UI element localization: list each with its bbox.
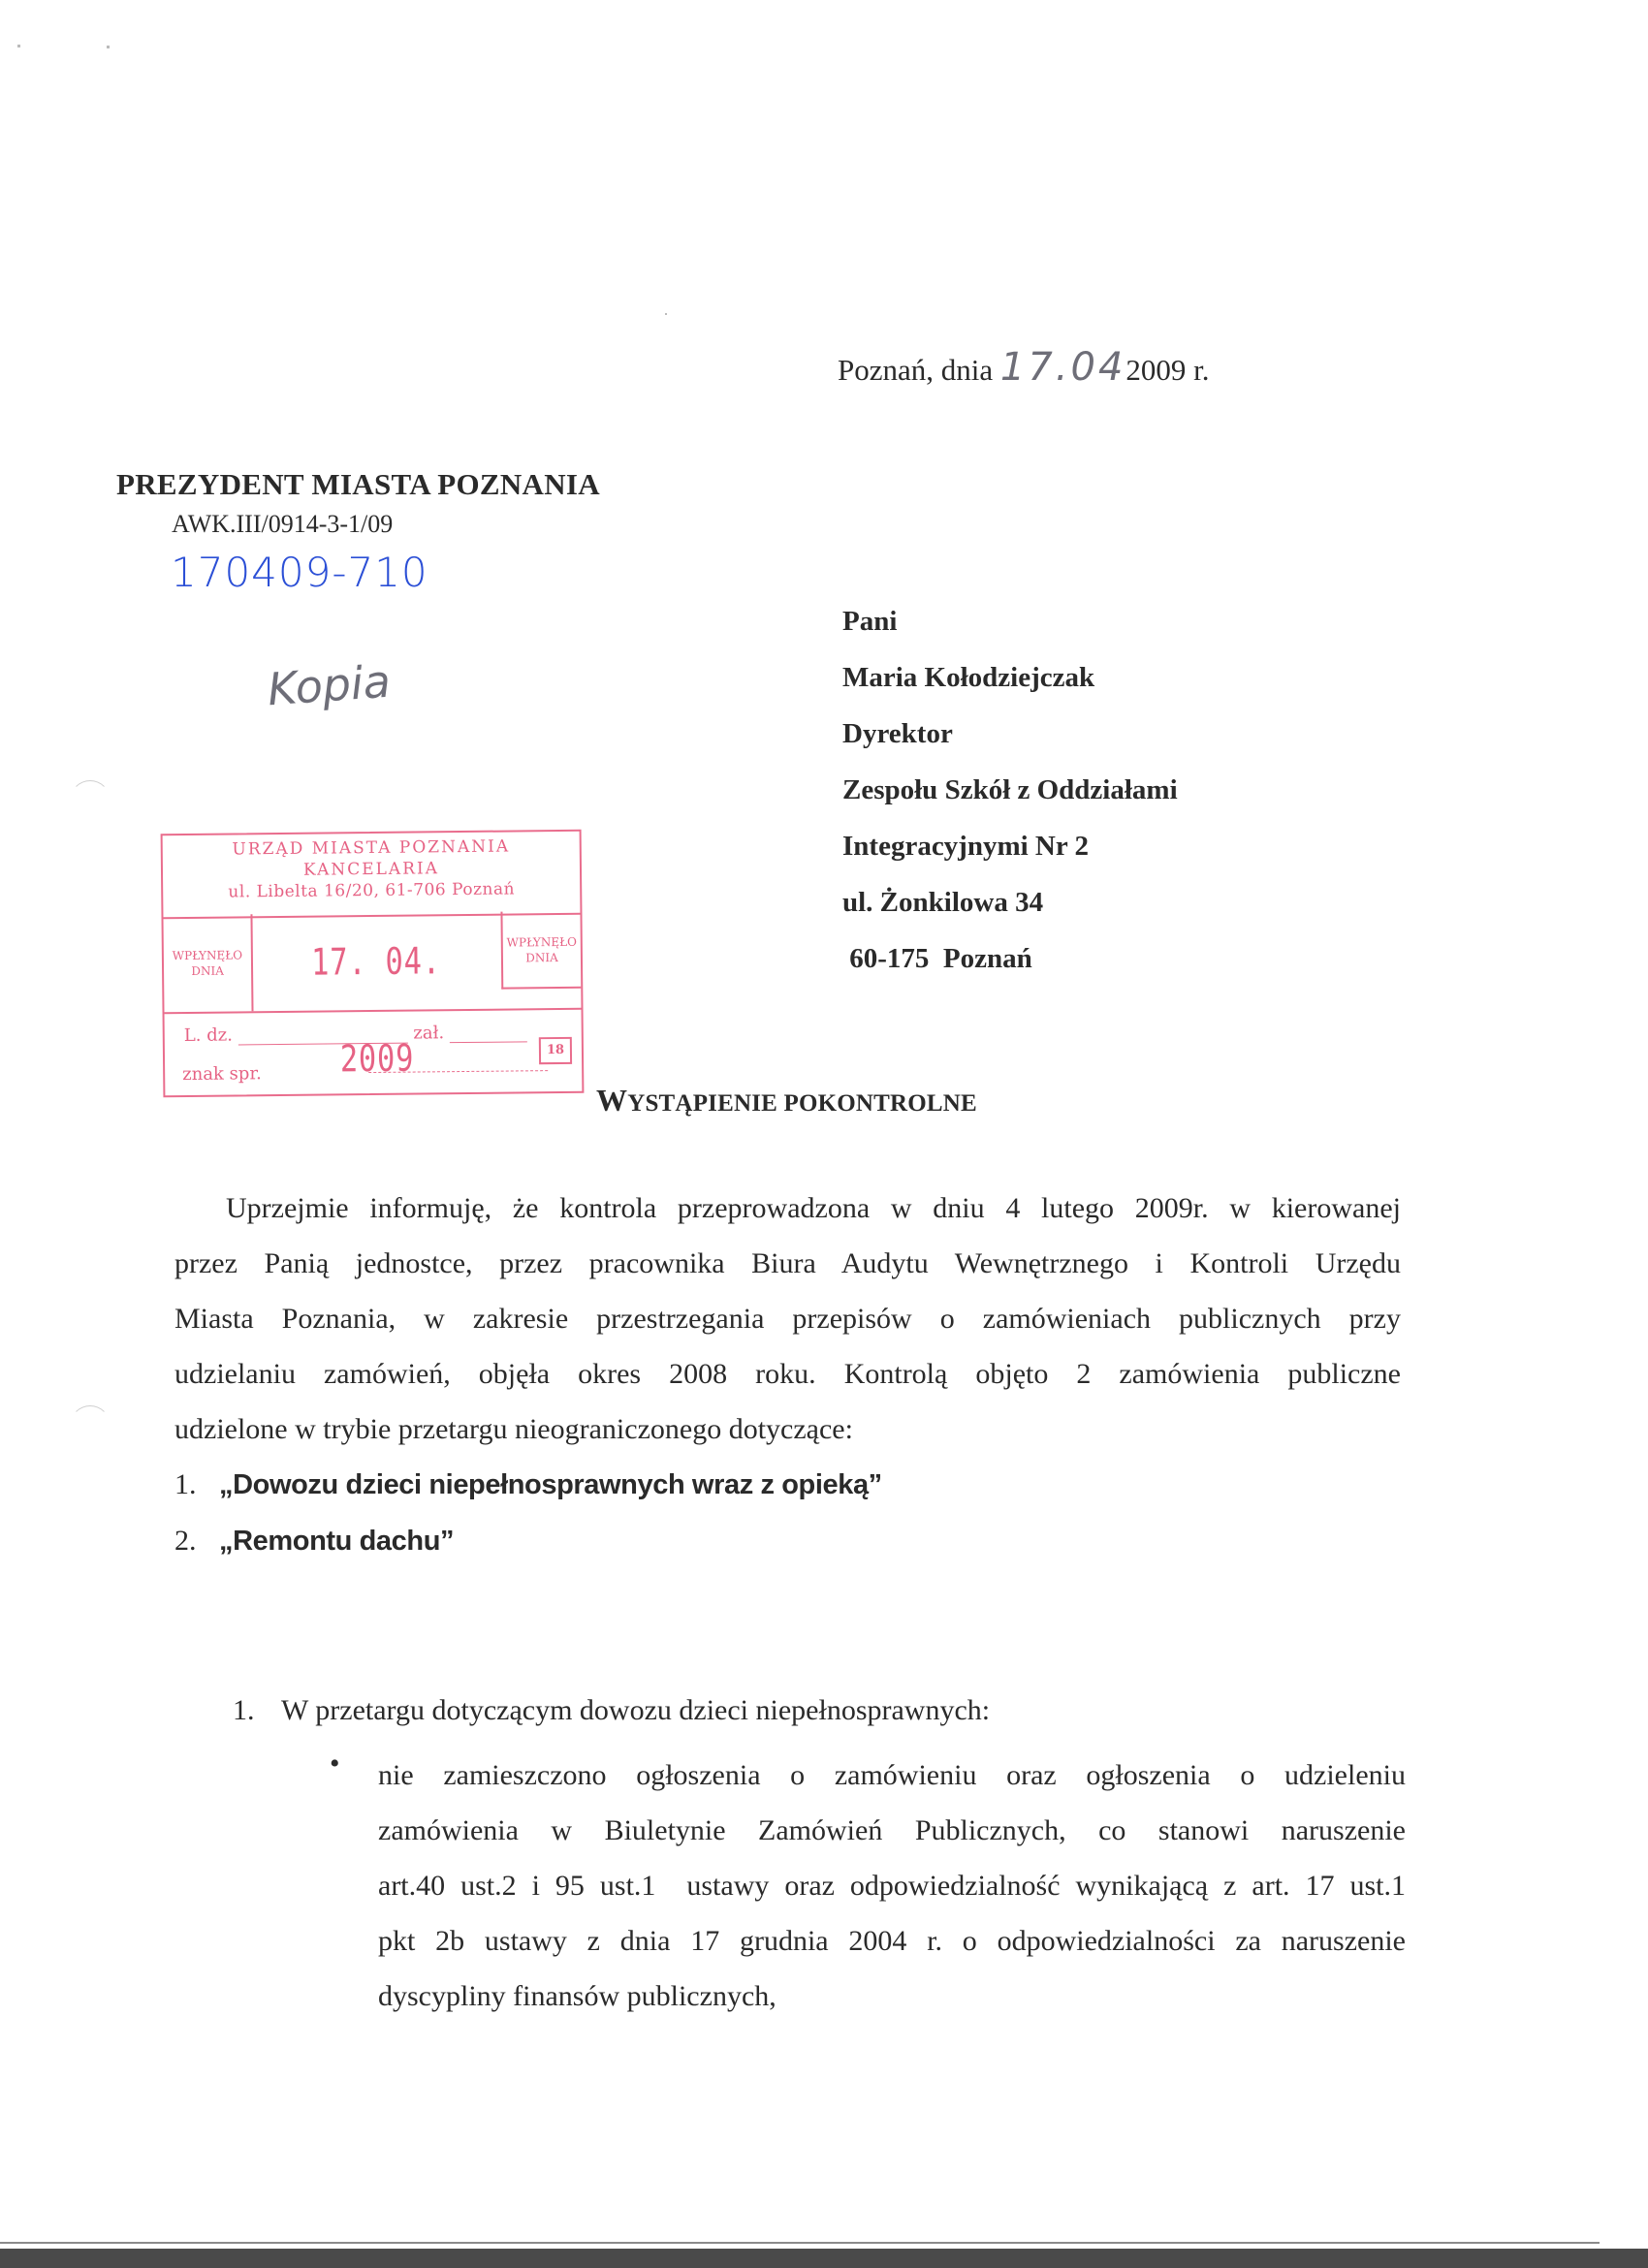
list-item: 2.„Remontu dachu” [174, 1513, 882, 1569]
scan-page-edge-line [0, 2242, 1600, 2244]
title-initial: W [596, 1083, 627, 1118]
stamp-address: ul. Libelta 16/20, 61-706 Poznań [163, 878, 580, 904]
bullet-line: dyscypliny finansów publicznych, [378, 1969, 1406, 2024]
finding-heading-text: W przetargu dotyczącym dowozu dzieci nie… [281, 1694, 990, 1726]
contract-name: „Dowozu dzieci niepełnosprawnych wraz z … [219, 1469, 882, 1500]
scan-speck [107, 46, 110, 48]
recipient-institution-1: Zespołu Szkół z Oddziałami [842, 762, 1178, 818]
stamp-received-label: WPŁYNĘŁO [503, 934, 581, 951]
stamp-footer: L. dz. zał. znak spr. 18 [165, 1010, 583, 1095]
recipient-city: 60-175 Poznań [842, 930, 1178, 987]
recipient-street: ul. Żonkilowa 34 [842, 874, 1178, 930]
scan-speck [665, 313, 667, 315]
finding-number: 1. [233, 1694, 281, 1727]
bullet-line: zamówienia w Biuletynie Zamówień Publicz… [378, 1803, 1406, 1858]
stamp-day-label: DNIA [503, 950, 581, 966]
handwritten-kopia-note: Kopia [266, 655, 392, 716]
recipient-institution-2: Integracyjnymi Nr 2 [842, 818, 1178, 874]
stamp-znak-label: znak spr. [182, 1063, 262, 1085]
place-date-line: Poznań, dnia 17.042009 r. [838, 345, 1210, 390]
intro-line: przez Panią jednostce, przez pracownika … [174, 1236, 1401, 1291]
handwritten-date: 17.04 [1000, 345, 1126, 390]
recipient-address: Pani Maria Kołodziejczak Dyrektor Zespoł… [842, 593, 1178, 987]
finding-heading: 1.W przetargu dotyczącym dowozu dzieci n… [233, 1694, 990, 1727]
punch-hole-mark [70, 1405, 111, 1446]
list-item: 1.„Dowozu dzieci niepełnosprawnych wraz … [174, 1457, 882, 1513]
list-number: 2. [174, 1513, 219, 1569]
punch-hole-mark [70, 780, 111, 821]
stamp-znak-line [368, 1070, 548, 1073]
recipient-name: Maria Kołodziejczak [842, 649, 1178, 706]
stamp-number-box: 18 [539, 1037, 572, 1064]
finding-bullet-text: nie zamieszczono ogłoszenia o zamówieniu… [378, 1748, 1406, 2024]
audited-contracts-list: 1.„Dowozu dzieci niepełnosprawnych wraz … [174, 1457, 882, 1569]
stamp-l-dz-label: L. dz. [184, 1025, 233, 1047]
stamp-received-label-left: WPŁYNĘŁO DNIA [163, 914, 253, 1012]
intro-line: Uprzejmie informuję, że kontrola przepro… [174, 1181, 1401, 1236]
stamp-date-row: WPŁYNĘŁO DNIA 17. 04. 2009 WPŁYNĘŁO DNIA [163, 911, 581, 1014]
stamp-zal-line [450, 1041, 527, 1043]
bullet-line: art.40 ust.2 i 95 ust.1 ustawy oraz odpo… [378, 1858, 1406, 1913]
stamp-received-label-right: WPŁYNĘŁO DNIA [500, 911, 581, 990]
place-date-prefix: Poznań, dnia [838, 353, 993, 387]
handwritten-reference: 170409-710 [171, 549, 428, 596]
recipient-title: Dyrektor [842, 706, 1178, 762]
bullet-line: pkt 2b ustawy z dnia 17 grudnia 2004 r. … [378, 1913, 1406, 1969]
intro-paragraph: Uprzejmie informuję, że kontrola przepro… [174, 1181, 1401, 1457]
issuer-name: PREZYDENT MIASTA POZNANIA [116, 467, 600, 502]
stamp-header: URZĄD MIASTA POZNANIA KANCELARIA ul. Lib… [163, 832, 581, 919]
scan-bottom-border [0, 2249, 1648, 2268]
intro-line: udzielone w trybie przetargu nieogranicz… [174, 1402, 1401, 1457]
bullet-icon: • [330, 1748, 340, 1780]
stamp-received-label: WPŁYNĘŁO [164, 947, 251, 963]
intro-line: Miasta Poznania, w zakresie przestrzegan… [174, 1291, 1401, 1346]
contract-name: „Remontu dachu” [219, 1526, 454, 1557]
stamp-l-dz-line [238, 1043, 408, 1046]
stamp-day-label: DNIA [164, 962, 251, 979]
document-title: WYSTĄPIENIE POKONTROLNE [596, 1083, 977, 1118]
scan-speck [17, 45, 20, 47]
reference-number: AWK.III/0914-3-1/09 [172, 510, 393, 539]
title-rest: YSTĄPIENIE POKONTROLNE [627, 1090, 977, 1117]
list-number: 1. [174, 1457, 219, 1513]
place-date-suffix: 2009 r. [1125, 353, 1209, 387]
intro-line: udzielaniu zamówień, objęła okres 2008 r… [174, 1346, 1401, 1402]
bullet-line: nie zamieszczono ogłoszenia o zamówieniu… [378, 1748, 1406, 1803]
stamp-date: 17. 04. 2009 [278, 912, 473, 1011]
received-stamp: URZĄD MIASTA POZNANIA KANCELARIA ul. Lib… [161, 830, 585, 1098]
stamp-zal-label: zał. [413, 1023, 444, 1043]
recipient-salutation: Pani [842, 593, 1178, 649]
